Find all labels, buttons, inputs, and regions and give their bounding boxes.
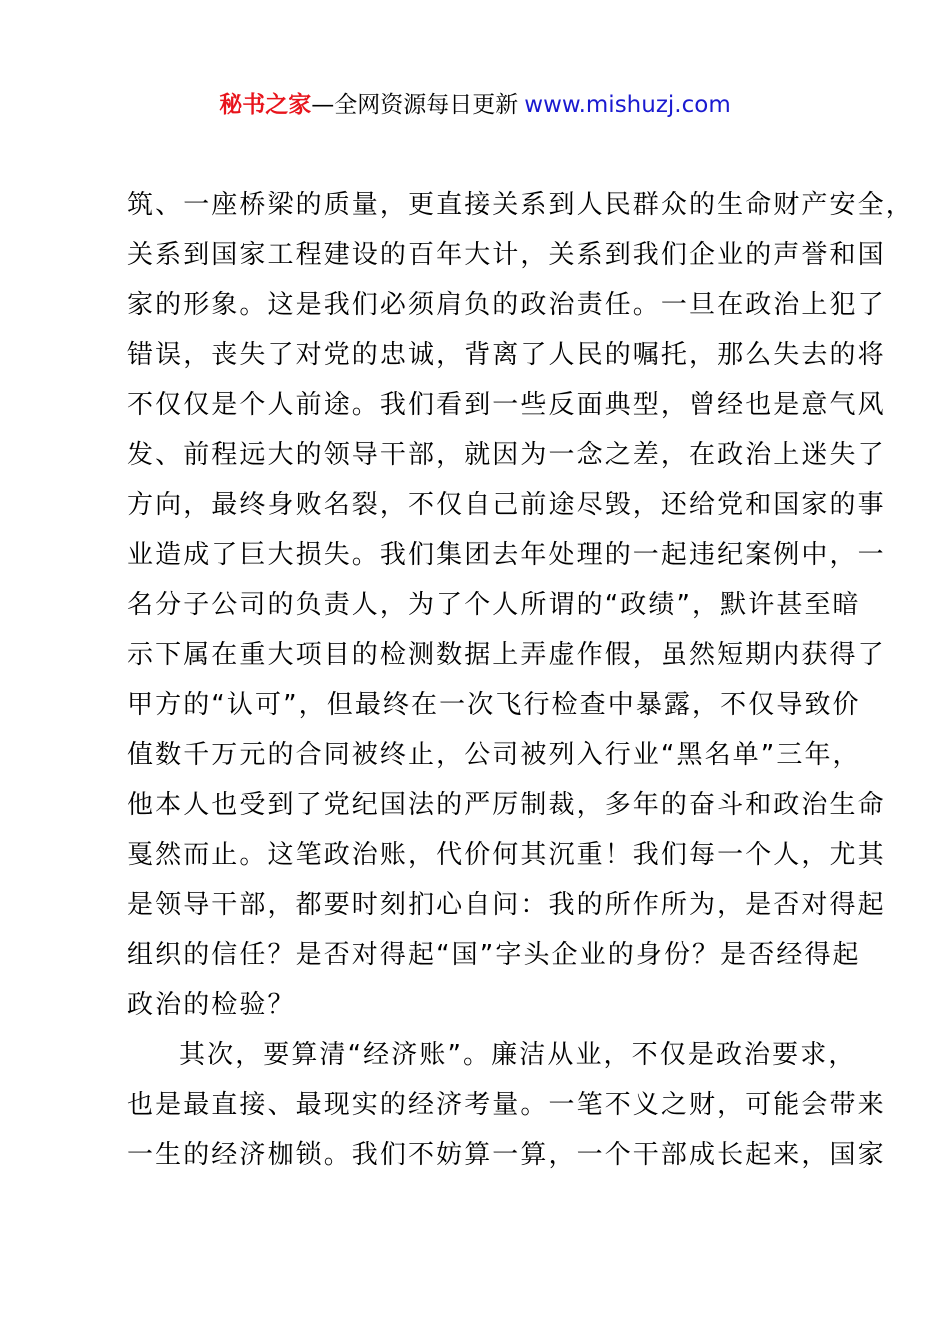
text-line: 是领导干部，都要时刻扪心自问：我的所作所为，是否对得起 bbox=[127, 880, 837, 930]
text-line: 错误，丧失了对党的忠诚，背离了人民的嘱托，那么失去的将 bbox=[127, 330, 837, 380]
text-line: 政治的检验？ bbox=[127, 980, 837, 1030]
text-line: 示下属在重大项目的检测数据上弄虚作假，虽然短期内获得了 bbox=[127, 630, 837, 680]
site-url-link[interactable]: www.mishuzj.com bbox=[524, 92, 730, 118]
text-line: 戛然而止。这笔政治账，代价何其沉重！我们每一个人，尤其 bbox=[127, 830, 837, 880]
text-line: 家的形象。这是我们必须肩负的政治责任。一旦在政治上犯了 bbox=[127, 280, 837, 330]
page-header: 秘书之家—全网资源每日更新www.mishuzj.com bbox=[0, 88, 950, 122]
text-line: 业造成了巨大损失。我们集团去年处理的一起违纪案例中，一 bbox=[127, 530, 837, 580]
document-body: 筑、一座桥梁的质量，更直接关系到人民群众的生命财产安全， 关系到国家工程建设的百… bbox=[127, 180, 837, 1180]
text-line: 关系到国家工程建设的百年大计，关系到我们企业的声誉和国 bbox=[127, 230, 837, 280]
header-tagline: —全网资源每日更新 bbox=[311, 92, 518, 118]
text-line: 甲方的“认可”，但最终在一次飞行检查中暴露，不仅导致价 bbox=[127, 680, 837, 730]
text-line: 他本人也受到了党纪国法的严厉制裁，多年的奋斗和政治生命 bbox=[127, 780, 837, 830]
text-line: 筑、一座桥梁的质量，更直接关系到人民群众的生命财产安全， bbox=[127, 180, 837, 230]
text-line: 方向，最终身败名裂，不仅自己前途尽毁，还给党和国家的事 bbox=[127, 480, 837, 530]
paragraph-start-line: 其次，要算清“经济账”。廉洁从业，不仅是政治要求， bbox=[127, 1030, 837, 1080]
text-line: 值数千万元的合同被终止，公司被列入行业“黑名单”三年， bbox=[127, 730, 837, 780]
text-line: 组织的信任？是否对得起“国”字头企业的身份？是否经得起 bbox=[127, 930, 837, 980]
text-line: 一生的经济枷锁。我们不妨算一算，一个干部成长起来，国家 bbox=[127, 1130, 837, 1180]
text-line: 名分子公司的负责人，为了个人所谓的“政绩”，默许甚至暗 bbox=[127, 580, 837, 630]
text-line: 也是最直接、最现实的经济考量。一笔不义之财，可能会带来 bbox=[127, 1080, 837, 1130]
brand-name: 秘书之家 bbox=[219, 92, 311, 118]
text-line: 发、前程远大的领导干部，就因为一念之差，在政治上迷失了 bbox=[127, 430, 837, 480]
text-line: 不仅仅是个人前途。我们看到一些反面典型，曾经也是意气风 bbox=[127, 380, 837, 430]
